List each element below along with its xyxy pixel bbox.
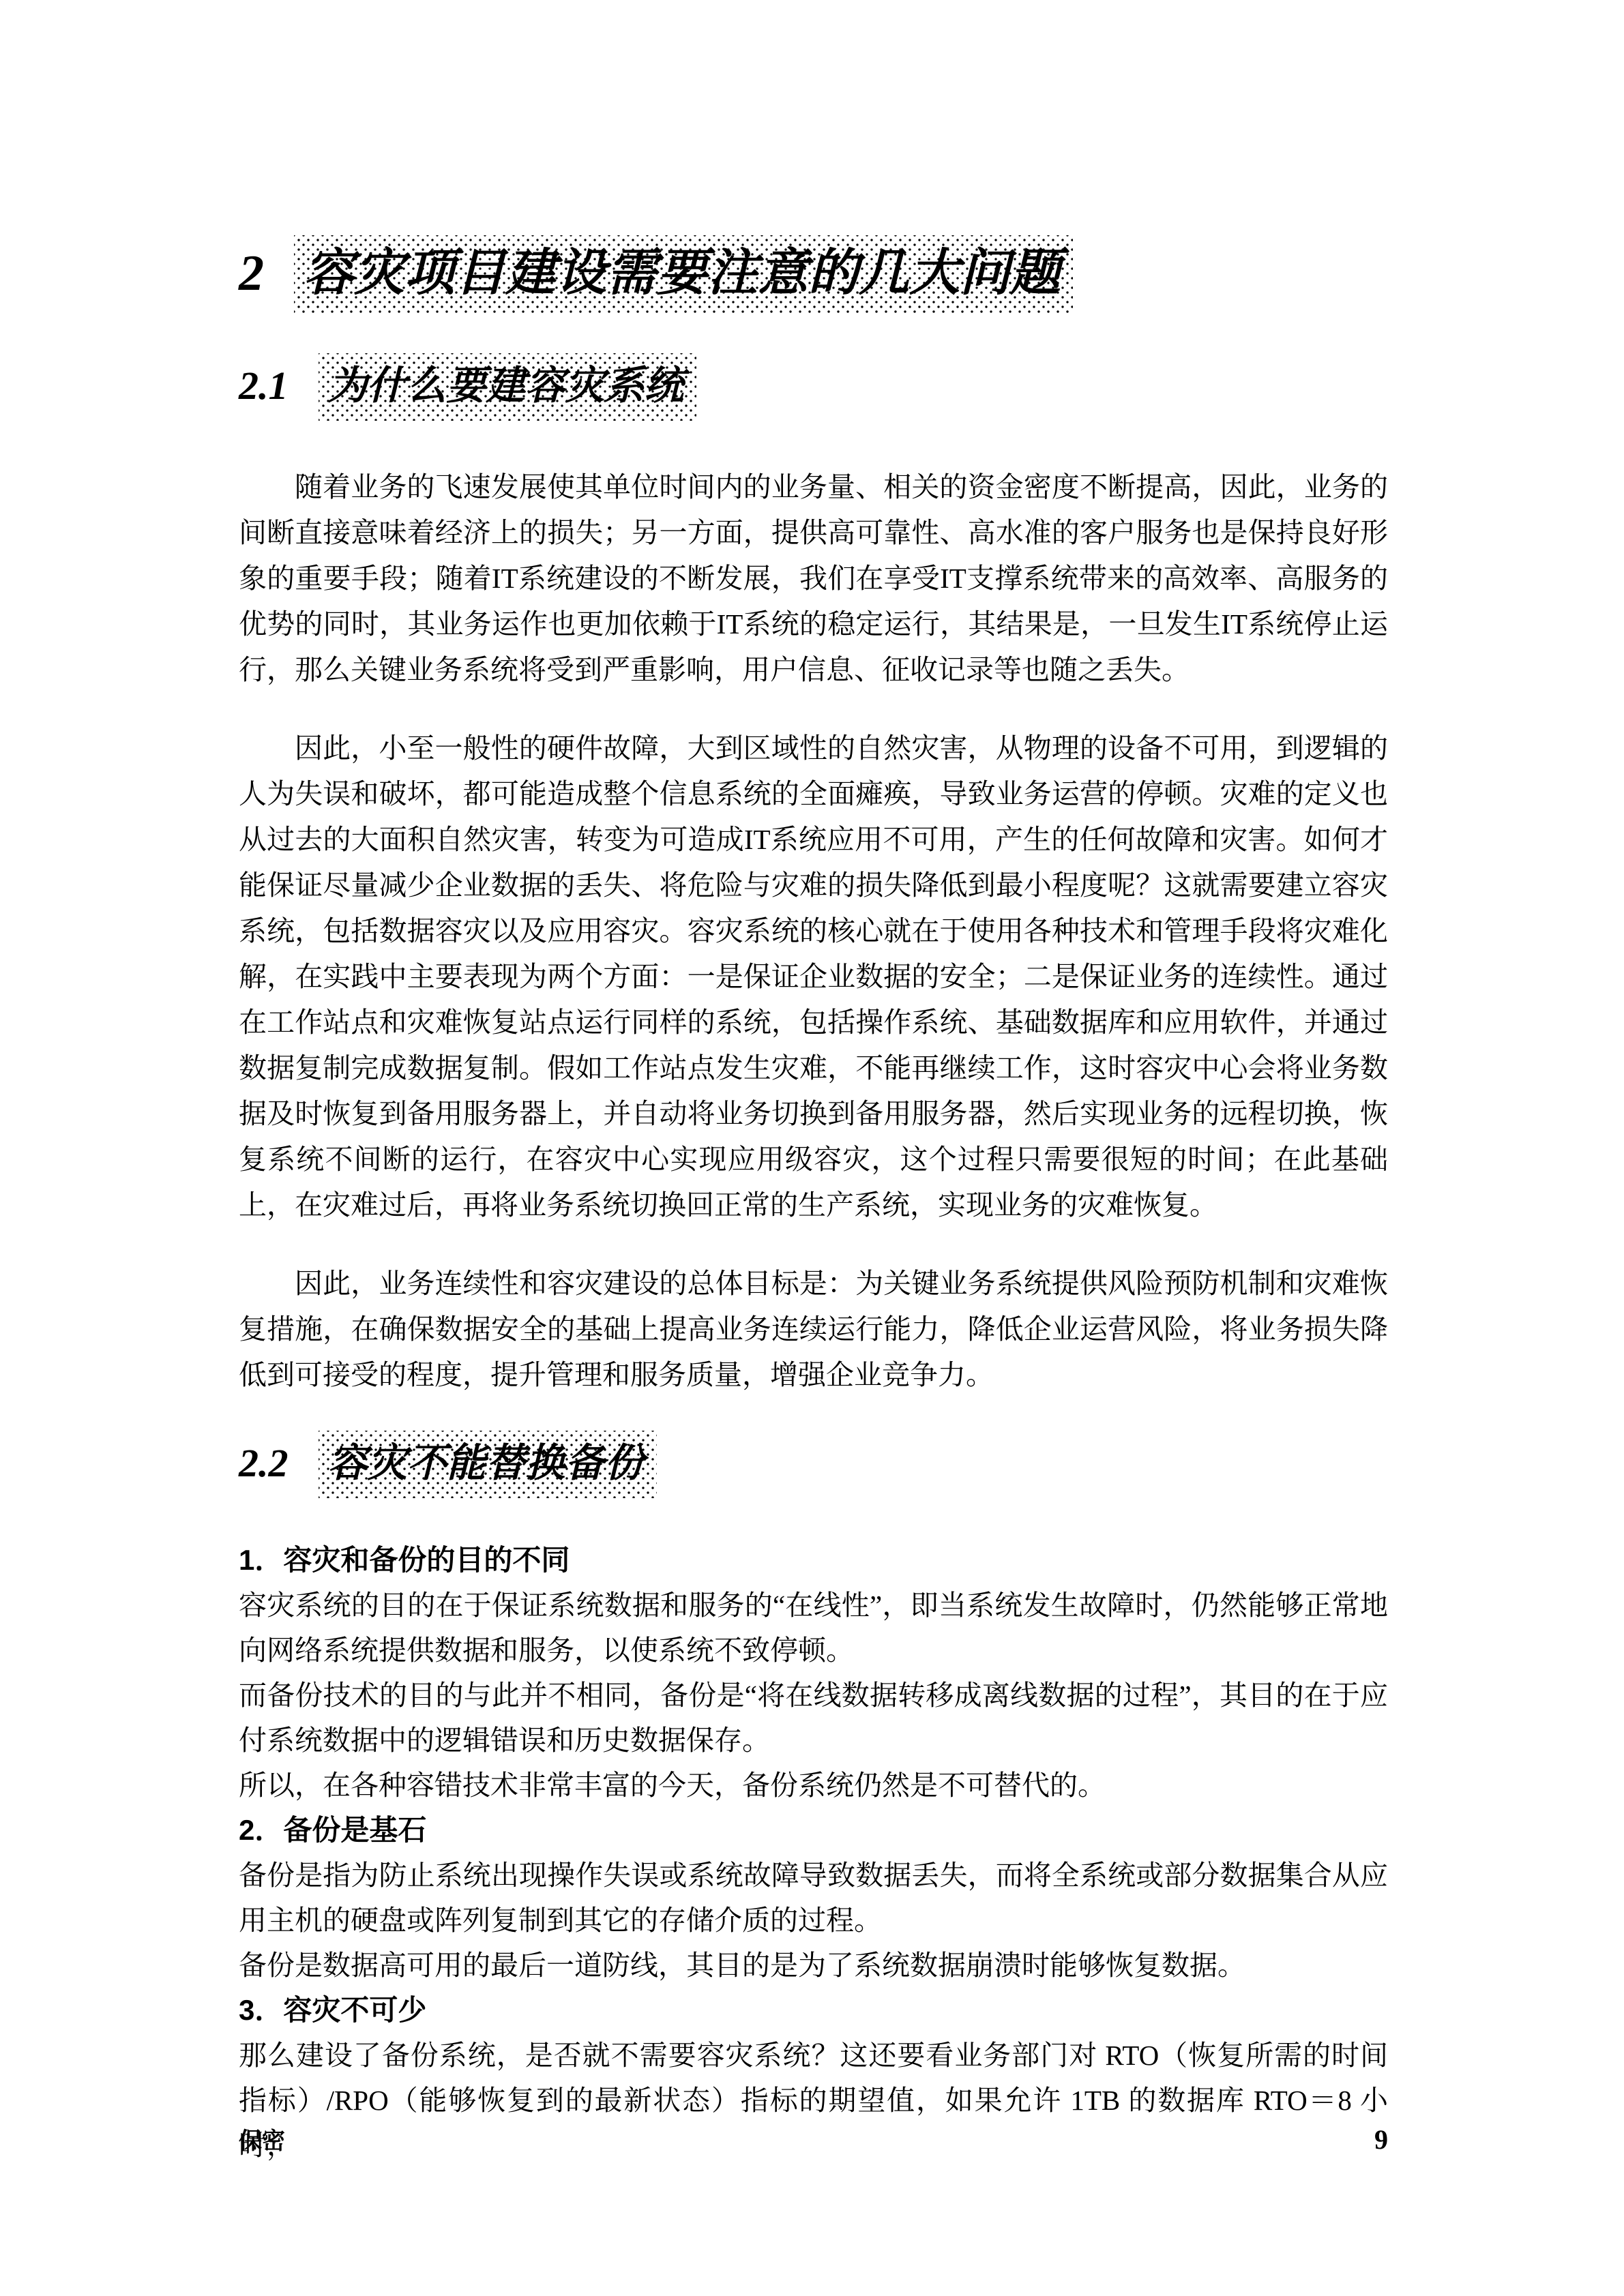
list-paragraph: 备份是数据高可用的最后一道防线，其目的是为了系统数据崩溃时能够恢复数据。 — [239, 1943, 1388, 1988]
page-content: 2容灾项目建设需要注意的几大问题 2.1为什么要建容灾系统 随着业务的飞速发展使… — [239, 0, 1388, 2168]
section-2-1-title: 为什么要建容灾系统 — [319, 353, 696, 421]
list-subheading: 1．容灾和备份的目的不同 — [239, 1538, 1388, 1583]
section-2-2-title: 容灾不能替换备份 — [319, 1431, 657, 1498]
list-paragraph: 而备份技术的目的与此并不相同，备份是“将在线数据转移成离线数据的过程”，其目的在… — [239, 1673, 1388, 1763]
paragraph: 因此，小至一般性的硬件故障，大到区域性的自然灾害，从物理的设备不可用，到逻辑的人… — [239, 726, 1388, 1228]
section-2-2-heading: 2.2容灾不能替换备份 — [239, 1431, 1388, 1498]
document-page: 2容灾项目建设需要注意的几大问题 2.1为什么要建容灾系统 随着业务的飞速发展使… — [0, 0, 1624, 2296]
section-2-2-body: 1．容灾和备份的目的不同 容灾系统的目的在于保证系统数据和服务的“在线性”，即当… — [239, 1538, 1388, 2168]
chapter-title: 容灾项目建设需要注意的几大问题 — [294, 235, 1073, 315]
page-footer: 保密 9 — [239, 2122, 1388, 2156]
list-paragraph: 容灾系统的目的在于保证系统数据和服务的“在线性”，即当系统发生故障时，仍然能够正… — [239, 1583, 1388, 1673]
list-subheading: 2．备份是基石 — [239, 1808, 1388, 1853]
section-2-1-heading: 2.1为什么要建容灾系统 — [239, 353, 1388, 421]
list-subheading: 3．容灾不可少 — [239, 1988, 1388, 2033]
section-2-2-number: 2.2 — [239, 1437, 289, 1489]
paragraph: 随着业务的飞速发展使其单位时间内的业务量、相关的资金密度不断提高，因此，业务的间… — [239, 464, 1388, 693]
list-paragraph: 备份是指为防止系统出现操作失误或系统故障导致数据丢失，而将全系统或部分数据集合从… — [239, 1853, 1388, 1943]
page-number: 9 — [1374, 2123, 1388, 2156]
list-paragraph: 所以，在各种容错技术非常丰富的今天，备份系统仍然是不可替代的。 — [239, 1763, 1388, 1808]
paragraph: 因此，业务连续性和容灾建设的总体目标是：为关键业务系统提供风险预防机制和灾难恢复… — [239, 1261, 1388, 1398]
chapter-number: 2 — [239, 242, 264, 305]
chapter-heading: 2容灾项目建设需要注意的几大问题 — [239, 235, 1388, 315]
classification-label: 保密 — [239, 2122, 285, 2156]
section-2-1-number: 2.1 — [239, 360, 289, 411]
